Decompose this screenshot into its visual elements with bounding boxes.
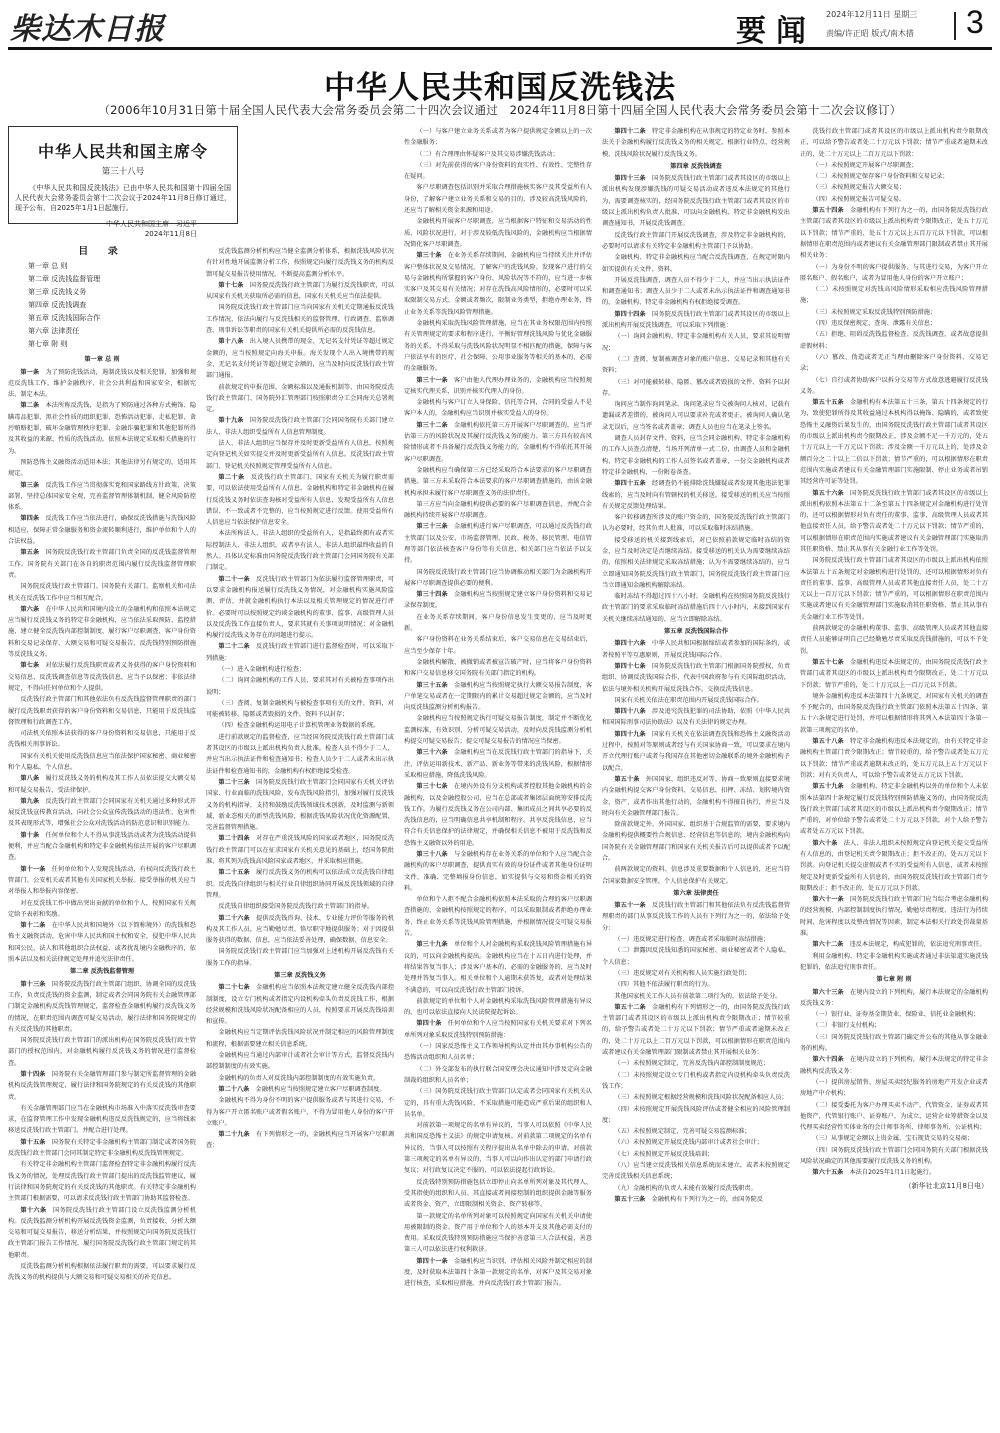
- article-paragraph: 第十条 任何单位和个人不得从事洗钱活动或者为洗钱活动提供便利，并应当配合金融机构…: [8, 830, 196, 864]
- article-paragraph: 临时冻结不得超过四十八小时。金融机构在按照国务院反洗钱行政主管部门的要求采取临时…: [602, 591, 790, 625]
- article-number: 第六十四条: [812, 1056, 850, 1063]
- article-paragraph: 金融机构的负责人对反洗钱内部控制制度的有效实施负责。: [206, 1073, 394, 1084]
- article-paragraph: 第三十二条 金融机构依托第三方开展客户尽职调查的，应当评估第三方的风险状况及其履…: [404, 420, 592, 465]
- article-paragraph: 前款规定的单位和个人对金融机构采取洗钱风险管理措施有异议的，也可以依法直接向人民…: [404, 996, 592, 1019]
- article-number: 第三条: [20, 482, 45, 489]
- article-paragraph: 第六条 在中华人民共和国境内设立的金融机构和依照本法规定应当履行反洗钱义务的特定…: [8, 604, 196, 660]
- article-paragraph: 第十八条 出入境人员携带的现金、无记名支付凭证等超过规定金额的，应当按照规定向海…: [206, 336, 394, 381]
- article-paragraph: 第六十条 法人、非法人组织未按照规定向登记机关提交受益所有人信息的，由登记机关责…: [800, 838, 988, 894]
- article-paragraph: （三）国务院反洗钱行政主管部门认定或者会同国家有关机关认定的，具有重大洗钱风险、…: [404, 1086, 592, 1120]
- article-number: 第三十七条: [416, 783, 454, 790]
- article-paragraph: 第九条 反洗钱行政主管部门会同国家有关机关通过多种形式开展反洗钱宣传教育活动，向…: [8, 796, 196, 830]
- article-paragraph: 金融机构应当按照规定执行可疑交易报告制度，制定并不断优化监测标准，有效识别、分析…: [404, 713, 592, 747]
- article-number: 第五十条: [614, 776, 645, 783]
- column-body: 反洗钱监测分析机构应当健全监测分析体系，根据洗钱风险状况有针对性地开展监测分析工…: [206, 246, 394, 1152]
- article-paragraph: 第五条 国务院反洗钱行政主管部门负责全国的反洗钱监督管理工作。国务院有关部门在各…: [8, 547, 196, 581]
- article-paragraph: 第五十一条 反洗钱行政主管部门和其他依法负有反洗钱监督管理职责的部门从事反洗钱工…: [602, 900, 790, 934]
- article-number: 第五十九条: [812, 783, 850, 790]
- article-paragraph: 境外金融机构违反本法第四十九条规定，对国家有关机关的调查不予配合的，由国务院反洗…: [800, 691, 988, 736]
- article-paragraph: 第四十一条 金融机构应当识别、评估相关风险并制定相应的制度，及时获取本法第四十条…: [404, 1256, 592, 1290]
- article-paragraph: （二）未按照规定对洗钱高风险情形采取相应洗钱风险管理措施；: [800, 284, 988, 307]
- article-paragraph: 第三十三条 金融机构进行客户尽职调查，可以通过反洗钱行政主管部门以及公安、市场监…: [404, 521, 592, 566]
- sign-date: 2024年11月8日: [9, 229, 197, 239]
- article-paragraph: 第二十六条 提供反洗钱咨询、技术、专业能力评价等服务的机构及其工作人员，应当勤勉…: [206, 913, 394, 947]
- article-number: 第十九条: [218, 417, 249, 424]
- article-paragraph: （二）泄露因反洗钱知悉的国家秘密、商业秘密或者个人隐私、个人信息；: [602, 945, 790, 968]
- article-paragraph: （七）未按照规定开展反洗钱培训；: [602, 1149, 790, 1160]
- article-number: 第三十五条: [416, 682, 454, 689]
- toc-item: 第四章 反洗钱调查: [8, 299, 196, 312]
- article-paragraph: 第四十七条 国务院反洗钱行政主管部门根据国务院授权，负责组织、协调反洗钱国际合作…: [602, 661, 790, 695]
- article-paragraph: 第五十四条 金融机构有下列行为之一的，由国务院反洗钱行政主管部门或者其设区的市级…: [800, 205, 988, 261]
- article-number: 第四十七条: [614, 663, 652, 670]
- article-paragraph: 金融机构、特定非金融机构应当配合反洗钱调查，在规定时限内如实提供有关文件、资料。: [602, 252, 790, 275]
- article-paragraph: 第三十八条 与金融机构存在业务关系的单位和个人应当配合金融机构的客户尽职调查，提…: [404, 849, 592, 894]
- article-paragraph: 第四十二条 特定非金融机构在从事规定的特定业务时，参照本法关于金融机构履行反洗钱…: [602, 126, 790, 160]
- article-number: 第五条: [20, 549, 45, 556]
- article-number: 第四十九条: [614, 731, 652, 738]
- article-paragraph: 法人、非法人组织应当保存并及时更新受益所有人信息，按照规定向登记机关如实提交并及…: [206, 438, 394, 472]
- article-number: 第三十四条: [416, 591, 454, 598]
- column-4: 第四十二条 特定非金融机构在从事规定的特定业务时，参照本法关于金融机构履行反洗钱…: [602, 126, 790, 1426]
- article-paragraph: （五）未按照规定制定、完善可疑交易监测标准；: [602, 1126, 790, 1137]
- article-number: 第六十条: [812, 840, 843, 847]
- article-paragraph: 第二十一条 反洗钱行政主管部门为依法履行监督管理职责，可以要求金融机构报送履行反…: [206, 574, 394, 642]
- article-paragraph: 第十六条 国务院反洗钱行政主管部门设立反洗钱监测分析机构。反洗钱监测分析机构开展…: [8, 1205, 196, 1261]
- article-paragraph: （一）为身份不明的客户提供服务、与其进行交易，为客户开立匿名账户、假名账户，或者…: [800, 262, 988, 285]
- article-paragraph: 第六十三条 在境内设立的下列机构，履行本法规定的金融机构反洗钱义务：: [800, 987, 988, 1010]
- toc-item: 第一章 总 则: [8, 260, 196, 273]
- article-paragraph: （三）对先前获得的客户身份资料的真实性、有效性、完整性存在疑问。: [404, 160, 592, 183]
- toc-item: 第三章 反洗钱义务: [8, 286, 196, 299]
- article-paragraph: 第二十条 反洗钱行政主管部门、国家有关机关为履行职责需要，可以依法使用受益所有人…: [206, 472, 394, 528]
- article-paragraph: 第二十二条 反洗钱行政主管部门进行监督检查时，可以采取下列措施：: [206, 641, 394, 664]
- chapter-heading: 第五章 反洗钱国际合作: [602, 626, 790, 637]
- article-paragraph: 其他国家机关工作人员有前款第二项行为的，依法给予处分。: [602, 991, 790, 1002]
- article-paragraph: （四）违反保密规定，查询、泄露有关信息；: [800, 318, 988, 329]
- article-paragraph: 国务院反洗钱行政主管部门的派出机构在国务院反洗钱行政主管部门的授权范围内，对金融…: [8, 1035, 196, 1069]
- article-paragraph: （二）接受委托为客户办理买卖不动产，代管资金、证券或者其他资产，代管银行账户、证…: [800, 1100, 988, 1134]
- article-paragraph: 金融机构解散、被撤销或者被宣告破产时，应当将客户身份资料和客户交易信息移交国务院…: [404, 657, 592, 680]
- law-subtitle: （2006年10月31日第十届全国人民代表大会常务委员会第二十四次会议通过 20…: [0, 102, 1000, 118]
- column-1: 目 录 第一章 总 则第二章 反洗钱监督管理第三章 反洗钱义务第四章 反洗钱调查…: [8, 246, 196, 1426]
- article-paragraph: （四）其他不依法履行职责的行为。: [602, 979, 790, 990]
- article-number: 第六十一条: [812, 896, 850, 903]
- toc-list: 第一章 总 则第二章 反洗钱监督管理第三章 反洗钱义务第四章 反洗钱调查第五章 …: [8, 260, 196, 351]
- article-number: 第四十五条: [614, 480, 652, 487]
- article-paragraph: （一）银行业、证券基金期货业、保险业、信托业金融机构；: [800, 1009, 988, 1020]
- article-paragraph: （三）国务院反洗钱行政主管部门确定并公布的其他从事金融业务的机构。: [800, 1032, 988, 1055]
- article-paragraph: 第三十七条 在境内外设有分支机构或者控股其他金融机构的金融机构，以及金融控股公司…: [404, 781, 592, 849]
- masthead: 柴达木日报 要闻 2024年12月11日 星期三 责编/许正昭 版式/南木措 3: [8, 0, 992, 50]
- article-paragraph: 前款规定的申报范围、金额标准以及通报机制等，由国务院反洗钱行政主管部门、国务院外…: [206, 382, 394, 416]
- article-number: 第五十四条: [812, 207, 850, 214]
- column-body: （一）与客户建立业务关系或者为客户提供规定金额以上的一次性金融服务；（二）有合理…: [404, 126, 592, 1290]
- presidential-order-box: 中华人民共和国主席令 第三十八号 《中华人民共和国反洗钱法》已由中华人民共和国第…: [8, 126, 238, 224]
- news-agency-credit: （新华社北京11月8日电）: [800, 1181, 988, 1192]
- editor-credits: 责编/许正昭 版式/南木措: [826, 28, 914, 39]
- article-paragraph: 金融机构不得为身份不明的客户提供服务或者与其进行交易，不得为客户开立匿名账户或者…: [206, 1095, 394, 1129]
- order-text: 《中华人民共和国反洗钱法》已由中华人民共和国第十四届全国人民代表大会常务委员会第…: [15, 183, 231, 213]
- signer: 中华人民共和国主席 习近平: [9, 219, 197, 229]
- article-paragraph: 询问应当制作询问笔录。询问笔录应当交被询问人核对。记载有遗漏或者差错的，被询问人…: [602, 399, 790, 433]
- article-number: 第二十四条: [218, 835, 256, 842]
- article-paragraph: 金融机构开展客户尽职调查，应当根据客户特征和交易活动的性质、风险状况进行，对于涉…: [404, 216, 592, 250]
- article-paragraph: 第三十四条 金融机构应当按照规定建立客户身份资料和交易记录保存制度。: [404, 589, 592, 612]
- issue-date: 2024年12月11日 星期三: [826, 9, 917, 20]
- article-number: 第二十九条: [218, 1131, 256, 1138]
- article-number: 第二十五条: [218, 869, 256, 876]
- article-paragraph: （一）询问金融机构、特定非金融机构有关人员，要求其说明情况；: [602, 331, 790, 354]
- article-number: 第六十三条: [812, 989, 850, 996]
- article-paragraph: （一）违反规定进行检查、调查或者采取临时冻结措施；: [602, 934, 790, 945]
- article-paragraph: 第三十条 在业务关系存续期间，金融机构应当持续关注并评估客户整体状况及交易情况，…: [404, 250, 592, 318]
- article-number: 第五十三条: [614, 1196, 651, 1203]
- article-paragraph: （二）有合理理由怀疑客户及其交易涉嫌洗钱活动；: [404, 149, 592, 160]
- toc-item: 第七章 附 则: [8, 338, 196, 351]
- article-paragraph: 第十四条 国务院有关金融管理部门参与制定所监督管理的金融机构反洗钱管理规定，履行…: [8, 1069, 196, 1103]
- article-number: 第四十六条: [614, 640, 652, 647]
- article-paragraph: 第三方应当向金融机构提供必要的客户尽职调查信息，并配合金融机构持续开展客户尽职调…: [404, 499, 592, 522]
- article-paragraph: 国务院反洗钱行政主管部门、国务院有关部门、监察机关和司法机关在反洗钱工作中应当相…: [8, 581, 196, 604]
- article-paragraph: 第三十一条 客户由他人代理办理业务的，金融机构应当按照规定核实代理关系，识别并核…: [404, 375, 592, 398]
- article-paragraph: 金融机构与客户订立人身保险、信托等合同，合同的受益人不是客户本人的，金融机构应当…: [404, 397, 592, 420]
- article-paragraph: 国家有关机关使用反洗钱信息应当依法保护国家秘密、商业秘密和个人隐私、个人信息。: [8, 751, 196, 774]
- article-paragraph: 第五十二条 金融机构有下列情形之一的，由国务院反洗钱行政主管部门或者其设区的市级…: [602, 1002, 790, 1058]
- article-paragraph: 第十二条 在中华人民共和国境外（以下简称境外）的洗钱和恐怖主义融资活动，危害中华…: [8, 920, 196, 965]
- article-number: 第四条: [20, 515, 45, 522]
- article-paragraph: （八）应当建立反洗钱相关信息系统而未建立，或者未按照规定完善反洗钱相关信息系统；: [602, 1160, 790, 1183]
- article-paragraph: 第三十五条 金融机构应当按照规定执行大额交易报告制度，客户单笔交易或者在一定期限…: [404, 680, 592, 714]
- article-number: 第七条: [20, 662, 45, 669]
- article-paragraph: 前两款规定的资料、信息涉及重要数据和个人信息的，还应当符合国家数据安全管理、个人…: [602, 864, 790, 887]
- article-paragraph: 第十三条 国务院反洗钱行政主管部门组织、协调全国的反洗钱工作，负责反洗钱的资金监…: [8, 979, 196, 1035]
- article-number: 第三十三条: [416, 523, 454, 530]
- article-number: 第二十七条: [218, 984, 256, 991]
- article-number: 第十六条: [20, 1207, 53, 1214]
- article-paragraph: （一）未按照规定开展客户尽职调查；: [800, 160, 988, 171]
- article-paragraph: 第二十四条 对存在严重洗钱风险的国家或者地区，国务院反洗钱行政主管部门可以在征求…: [206, 833, 394, 867]
- article-paragraph: （五）拒绝、阻碍反洗钱监督检查、反洗钱调查，或者故意提供虚假材料；: [800, 329, 988, 352]
- chapter-heading: 第二章 反洗钱监督管理: [8, 966, 196, 977]
- article-paragraph: （九）金融机构的负责人未能有效履行反洗钱职责。: [602, 1183, 790, 1194]
- column-5: 洗钱行政主管部门或者其设区的市级以上派出机构责令限期改正，可以给予警告或者处二十…: [800, 126, 988, 1426]
- article-paragraph: （二）询问金融机构的工作人员，要求其对有关被检查事项作出说明；: [206, 675, 394, 698]
- article-paragraph: 第二条 本法所称反洗钱，是指为了预防通过各种方式掩饰、隐瞒毒品犯罪、黑社会性质的…: [8, 400, 196, 456]
- article-paragraph: 客户尽职调查包括识别并采取合理措施核实客户及其受益所有人身份，了解客户建立业务关…: [404, 182, 592, 216]
- chapter-heading: 第一章 总 则: [8, 354, 196, 365]
- article-paragraph: 第三十六条 金融机构应当在反洗钱行政主管部门的指导下，关注、评估运用新技术、新产…: [404, 747, 592, 781]
- article-paragraph: 客户身份资料在业务关系结束后、客户交易信息在交易结束后，应当至少保存十年。: [404, 634, 592, 657]
- article-paragraph: 第六十四条 在境内设立的下列机构，履行本法规定的特定非金融机构反洗钱义务：: [800, 1054, 988, 1077]
- article-paragraph: 对在反洗钱工作中做出突出贡献的单位和个人，按照国家有关规定给予表彰和奖励。: [8, 898, 196, 921]
- article-paragraph: 利用金融机构、特定非金融机构实施或者通过非法渠道实施洗钱犯罪的，依法追究刑事责任…: [800, 951, 988, 974]
- article-paragraph: 开展反洗钱调查，调查人员不得少于二人，并应当出示执法证件和调查通知书；调查人员少…: [602, 275, 790, 309]
- article-number: 第二十八条: [218, 1086, 255, 1093]
- article-paragraph: 司法机关依照本法获得的客户身份资料和交易信息，只能用于反洗钱相关刑事诉讼。: [8, 728, 196, 751]
- article-paragraph: 第三条 反洗钱工作应当贯彻落实党和国家路线方针政策、决策部署，坚持总体国家安全观…: [8, 480, 196, 514]
- chapter-heading: 第七章 附 则: [800, 974, 988, 985]
- article-paragraph: （三）违反规定对有关机构和人员实施行政处罚；: [602, 968, 790, 979]
- law-title: 中华人民共和国反洗钱法: [0, 62, 1000, 107]
- column-body: 第一章 总 则第一条 为了预防洗钱活动，遏制洗钱以及相关犯罪，加强和规范反洗钱工…: [8, 354, 196, 1283]
- article-paragraph: 第五十九条 金融机构、特定非金融机构以外的单位和个人未依照本法第四十条规定履行反…: [800, 781, 988, 837]
- article-number: 第五十二条: [614, 1004, 652, 1011]
- article-number: 第二十条: [218, 474, 251, 481]
- article-paragraph: （三）对可能被转移、隐匿、篡改或者毁损的文件、资料予以封存。: [602, 377, 790, 400]
- article-number: 第四十二条: [614, 128, 652, 135]
- article-number: 第五十五条: [812, 399, 850, 406]
- article-number: 第三十八条: [416, 851, 454, 858]
- article-paragraph: 反洗钱行政主管部门和其他依法负有反洗钱监督管理职责的部门履行反洗钱职责获得的客户…: [8, 694, 196, 728]
- article-paragraph: （四）未按照规定开展洗钱风险评估或者健全相应的风险管理制度；: [602, 1104, 790, 1127]
- chapter-heading: 第四章 反洗钱调查: [602, 161, 790, 172]
- article-number: 第六条: [20, 606, 45, 613]
- article-number: 第六十五条: [812, 1169, 849, 1176]
- article-number: 第十五条: [20, 1139, 51, 1146]
- article-paragraph: 第十一条 任何单位和个人发现洗钱活动，有权向反洗钱行政主管部门、公安机关或者其他…: [8, 864, 196, 898]
- article-paragraph: 除前款规定外，外国国家、组织基于合规监管的需要，要求境内金融机构提供概要性合规信…: [602, 819, 790, 864]
- article-paragraph: （二）未按照规定保存客户身份资料和交易记录；: [800, 171, 988, 182]
- article-number: 第三十二条: [416, 422, 454, 429]
- article-paragraph: 第四十六条 中华人民共和国根据缔结或者参加的国际条约，或者按照平等互惠原则，开展…: [602, 638, 790, 661]
- article-paragraph: （二）未按照规定设立专门机构或者指定内设机构牵头负责反洗钱工作；: [602, 1070, 790, 1093]
- article-number: 第四十四条: [614, 311, 652, 318]
- article-number: 第四十八条: [614, 708, 652, 715]
- page-number: 3: [966, 4, 984, 41]
- article-paragraph: 第八条 履行反洗钱义务的机构及其工作人员依法提交大额交易和可疑交易报告，受法律保…: [8, 773, 196, 796]
- divider: [954, 12, 956, 40]
- article-number: 第十四条: [20, 1071, 51, 1078]
- article-number: 第五十八条: [812, 738, 850, 745]
- article-number: 第二十一条: [218, 576, 256, 583]
- article-number: 第四十条: [416, 1020, 447, 1027]
- article-paragraph: 反洗钱监测分析机构根据依法履行职责的需要，可以要求履行反洗钱义务的机构提供与大额…: [8, 1261, 196, 1284]
- article-paragraph: 第二十九条 有下列情形之一的，金融机构应当开展客户尽职调查：: [206, 1129, 394, 1152]
- chapter-heading: 第六章 法律责任: [602, 888, 790, 899]
- article-paragraph: 反洗钱行政主管部门开展反洗钱调查，涉及特定非金融机构的，必要时可以请求有关特定非…: [602, 230, 790, 253]
- article-paragraph: 反洗钱自律组织接受国务院反洗钱行政主管部门的指导。: [206, 901, 394, 912]
- article-paragraph: （三）未按照规定采取反洗钱特别预防措施；: [800, 307, 988, 318]
- article-paragraph: （四）检查金融机构运用电子计算机管理业务数据的系统。: [206, 720, 394, 731]
- table-of-contents: 目 录 第一章 总 则第二章 反洗钱监督管理第三章 反洗钱义务第四章 反洗钱调查…: [8, 246, 196, 351]
- article-number: 第八条: [20, 775, 45, 782]
- article-paragraph: 第六十一条 国务院反洗钱行政主管部门应当综合考虑金融机构的经营规模、内部控制制度…: [800, 894, 988, 939]
- article-paragraph: （一）国家反恐怖主义工作领导机构认定并由其办事机构公告的恐怖活动组织和人员名单；: [404, 1041, 592, 1064]
- article-paragraph: 金融机构采取洗钱风险管理措施，应当在其业务权限范围内按照有关管理规定的要求和程序…: [404, 318, 592, 374]
- order-signer: 中华人民共和国主席 习近平 2024年11月8日: [9, 219, 197, 239]
- article-number: 第九条: [20, 798, 45, 805]
- article-paragraph: 第二十三条 国务院反洗钱行政主管部门会同国家有关机关评估国家、行业面临的洗钱风险…: [206, 777, 394, 833]
- article-paragraph: 第三十九条 单位和个人对金融机构采取洗钱风险管理措施有异议的，可以向金融机构提出…: [404, 939, 592, 995]
- article-paragraph: 进行前款规定的监督检查，应当经国务院反洗钱行政主管部门或者其设区的市级以上派出机…: [206, 732, 394, 777]
- article-paragraph: 第二十七条 金融机构应当依照本法规定建立健全反洗钱内部控制制度，设立专门机构或者…: [206, 982, 394, 1027]
- article-paragraph: 洗钱行政主管部门或者其设区的市级以上派出机构责令限期改正，可以给予警告或者处二十…: [800, 126, 988, 160]
- article-paragraph: 第六十二条 违反本法规定，构成犯罪的，依法追究刑事责任。: [800, 939, 988, 950]
- article-number: 第十七条: [218, 282, 249, 289]
- article-paragraph: （六）未按照规定开展反洗钱内部审计或者社会审计；: [602, 1137, 790, 1148]
- article-paragraph: 第一条 为了预防洗钱活动，遏制洗钱以及相关犯罪，加强和规范反洗钱工作，维护金融秩…: [8, 367, 196, 401]
- article-number: 第三十条: [416, 252, 447, 259]
- article-paragraph: （二）非银行支付机构；: [800, 1020, 988, 1031]
- article-paragraph: 第六十五条 本法自2025年1月1日起施行。: [800, 1167, 988, 1178]
- article-paragraph: 第五十条 外国国家、组织违反对等、协商一致原则直接要求境内金融机构提交客户身份资…: [602, 774, 790, 819]
- column-body: 洗钱行政主管部门或者其设区的市级以上派出机构责令限期改正，可以给予警告或者处二十…: [800, 126, 988, 1179]
- toc-item: 第五章 反洗钱国际合作: [8, 312, 196, 325]
- article-number: 第二十三条: [218, 779, 256, 786]
- article-paragraph: 反洗钱特别预防措施包括立即停止向名单所列对象及其代理人、受其指使的组织和人员、其…: [404, 1177, 592, 1211]
- article-paragraph: 接受移送的机关接到线索后，对已依照前款规定临时冻结的资金，应当及时决定是否继续冻…: [602, 535, 790, 591]
- article-number: 第二十二条: [218, 643, 256, 650]
- article-number: 第二条: [20, 402, 45, 409]
- article-paragraph: 在业务关系存续期间，客户身份信息发生变更的，应当及时更新。: [404, 612, 592, 635]
- article-paragraph: 第十五条 国务院有关特定非金融机构主管部门制定或者国务院反洗钱行政主管部门会同其…: [8, 1137, 196, 1160]
- article-number: 第十一条: [20, 866, 51, 873]
- article-paragraph: 金融机构应当通过内部审计或者社会审计等方式，监督反洗钱内部控制制度的有效实施。: [206, 1050, 394, 1073]
- article-paragraph: （一）未按照规定制定、完善反洗钱内部控制制度规范；: [602, 1058, 790, 1069]
- article-paragraph: （四）未按照规定报告可疑交易。: [800, 194, 988, 205]
- article-number: 第三十六条: [416, 749, 454, 756]
- column-body: 第四十二条 特定非金融机构在从事规定的特定业务时，参照本法关于金融机构履行反洗钱…: [602, 126, 790, 1205]
- article-number: 第三十一条: [416, 377, 454, 384]
- article-paragraph: 金融机构应当定期评估洗钱风险状况并制定相应的风险管理制度和流程，根据需要建立相关…: [206, 1027, 394, 1050]
- article-paragraph: 第五十七条 金融机构违反本法规定的，由国务院反洗钱行政主管部门或者其设区的市级以…: [800, 657, 988, 691]
- article-paragraph: 第四十八条 涉及追究洗钱犯罪的司法协助，依照《中华人民共和国国际刑事司法协助法》…: [602, 706, 790, 729]
- article-paragraph: 第二十五条 履行反洗钱义务的机构可以依法成立反洗钱自律组织。反洗钱自律组织与相关…: [206, 867, 394, 901]
- article-paragraph: 第二十八条 金融机构应当按照规定建立客户尽职调查制度。: [206, 1084, 394, 1095]
- order-title: 中华人民共和国主席令: [9, 139, 237, 162]
- article-paragraph: 第四十条 任何单位和个人应当按照国家有关机关要求对下列名单所列对象采取反洗钱特别…: [404, 1018, 592, 1041]
- article-number: 第十三条: [20, 981, 51, 988]
- article-number: 第五十一条: [614, 902, 652, 909]
- article-number: 第四十一条: [416, 1258, 454, 1265]
- article-paragraph: 单位和个人拒不配合金融机构依照本法采取的合理的客户尽职调查措施的，金融机构按照规…: [404, 894, 592, 939]
- article-paragraph: 第十九条 国务院反洗钱行政主管部门会同国务院有关部门建立法人、非法人组织受益所有…: [206, 415, 394, 438]
- article-paragraph: 有关特定非金融机构主管部门监督检查特定非金融机构履行反洗钱义务的情况，处理反洗钱…: [8, 1159, 196, 1204]
- article-paragraph: 调查人员封存文件、资料，应当会同金融机构、特定非金融机构的工作人员查点清楚，当场…: [602, 433, 790, 478]
- article-paragraph: （三）从事规定金额以上贵金属、宝石现货交易的交易商；: [800, 1133, 988, 1144]
- article-paragraph: 第一款规定的名单所列对象可以按照规定向国家有关机关申请使用被限制的资金、资产用于…: [404, 1211, 592, 1256]
- toc-item: 第二章 反洗钱监督管理: [8, 273, 196, 286]
- toc-item: 第六章 法律责任: [8, 325, 196, 338]
- article-paragraph: 第四条 反洗钱工作应当依法进行，确保反洗钱措施与洗钱风险相适应，保障正常金融服务…: [8, 513, 196, 547]
- article-paragraph: 第五十八条 特定非金融机构违反本法规定的，由有关特定非金融机构主管部门责令限期改…: [800, 736, 988, 781]
- article-paragraph: （三）查阅、复制金融机构与被检查事项有关的文件、资料，对可能被转移、隐匿或者毁损…: [206, 698, 394, 721]
- article-paragraph: 第四十三条 国务院反洗钱行政主管部门或者其设区的市级以上派出机构发现涉嫌洗钱的可…: [602, 173, 790, 229]
- article-paragraph: 第四十五条 经调查仍不能排除洗钱嫌疑或者发现其他违法犯罪线索的，应当及时向有管辖…: [602, 478, 790, 512]
- article-paragraph: 国务院反洗钱行政主管部门应当加强对上述机构开展反洗钱有关服务工作的指导。: [206, 946, 394, 969]
- article-paragraph: （一）提供房屋销售、房屋买卖经纪服务的房地产开发企业或者房地产中介机构；: [800, 1077, 988, 1100]
- article-paragraph: 第五十三条 金融机构有下列行为之一的，由国务院反: [602, 1194, 790, 1205]
- article-paragraph: （三）未按照规定报告大额交易；: [800, 182, 988, 193]
- article-number: 第四十三条: [614, 175, 652, 182]
- article-paragraph: （七）自行或者协助客户以拆分交易等方式故意逃避履行反洗钱义务。: [800, 375, 988, 398]
- article-paragraph: （二）查阅、复制被调查对象的账户信息、交易记录和其他有关资料；: [602, 354, 790, 377]
- article-paragraph: （三）未按照规定根据经营规模和洗钱风险状况配备相应人员；: [602, 1092, 790, 1103]
- article-paragraph: 国务院反洗钱行政主管部门应当协调推动相关部门为金融机构开展客户尽职调查提供必要的…: [404, 567, 592, 590]
- article-paragraph: 第四十四条 国务院反洗钱行政主管部门或者其设区的市级以上派出机构开展反洗钱调查，…: [602, 309, 790, 332]
- article-paragraph: 本法所称法人、非法人组织的受益所有人，是指最终拥有或者实际控制法人、非法人组织，…: [206, 528, 394, 573]
- article-paragraph: 第四十九条 国家有关机关在依法调查洗钱和恐怖主义融资活动过程中，按照对等原则或者…: [602, 729, 790, 774]
- article-paragraph: 反洗钱监测分析机构应当健全监测分析体系，根据洗钱风险状况有针对性地开展监测分析工…: [206, 246, 394, 280]
- article-paragraph: 国务院反洗钱行政主管部门或者其设区的市级以上派出机构依照本法第五十五条规定对金融…: [800, 555, 988, 623]
- article-paragraph: 对前款第一项规定的名单有异议的，当事人可以依照《中华人民共和国反恐怖主义法》的规…: [404, 1120, 592, 1176]
- order-number: 第三十八号: [9, 165, 237, 177]
- article-number: 第三十九条: [416, 941, 454, 948]
- article-paragraph: 前两款规定的金融机构董事、监事、高级管理人员或者其他直接责任人员能够证明自己已经…: [800, 623, 988, 657]
- article-number: 第一条: [20, 369, 45, 376]
- newspaper-logo: 柴达木日报: [10, 4, 165, 48]
- article-paragraph: 国家有关机关依法在职责范围内开展反洗钱国际合作。: [602, 695, 790, 706]
- column-3: （一）与客户建立业务关系或者为客户提供规定金额以上的一次性金融服务；（二）有合理…: [404, 126, 592, 1426]
- article-paragraph: 国务院反洗钱行政主管部门应当向国家有关机关定期通报反洗钱工作情况，依法向履行与反…: [206, 302, 394, 336]
- article-number: 第十八条: [218, 338, 249, 345]
- article-paragraph: 第十七条 国务院反洗钱行政主管部门为履行反洗钱职责，可以从国家有关机关获取所必需…: [206, 280, 394, 303]
- article-paragraph: 客户转移调查所涉及的账户资金的，国务院反洗钱行政主管部门认为必要时，经其负责人批…: [602, 512, 790, 535]
- section-title: 要闻: [736, 6, 816, 50]
- article-number: 第十二条: [20, 922, 51, 929]
- article-number: 第六十二条: [812, 941, 849, 948]
- toc-title: 目 录: [8, 246, 196, 257]
- article-number: 第五十七条: [812, 659, 850, 666]
- article-paragraph: 第五十六条 国务院反洗钱行政主管部门或者其设区的市级以上派出机构依照本法第五十二…: [800, 488, 988, 556]
- article-paragraph: （一）进入金融机构进行检查；: [206, 664, 394, 675]
- article-paragraph: （四）国务院反洗钱行政主管部门会同国务院有关部门根据洗钱风险状况确定的其他需要履…: [800, 1145, 988, 1168]
- article-number: 第十条: [20, 832, 45, 839]
- article-number: 第二十六条: [218, 915, 256, 922]
- column-2: 反洗钱监测分析机构应当健全监测分析体系，根据洗钱风险状况有针对性地开展监测分析工…: [206, 246, 394, 1426]
- article-paragraph: 有关金融管理部门应当在金融机构市场准入中落实反洗钱审查要求，在监督管理工作中发现…: [8, 1103, 196, 1137]
- article-paragraph: （一）与客户建立业务关系或者为客户提供规定金额以上的一次性金融服务；: [404, 126, 592, 149]
- article-paragraph: （六）篡改、伪造或者无正当理由删除客户身份资料、交易记录；: [800, 352, 988, 375]
- chapter-heading: 第三章 反洗钱义务: [206, 970, 394, 981]
- article-paragraph: 金融机构应当确保第三方已经采取符合本法要求的客户尽职调查措施。第三方未采取符合本…: [404, 465, 592, 499]
- article-paragraph: 预防恐怖主义融资活动适用本法；其他法律另有规定的，适用其规定。: [8, 457, 196, 480]
- article-paragraph: 第七条 对依法履行反洗钱职责或者义务获得的客户身份资料和交易信息、反洗钱调查信息…: [8, 660, 196, 694]
- article-number: 第五十六条: [812, 490, 850, 497]
- article-paragraph: 第五十五条 金融机构有本法第五十三条、第五十四条规定的行为，致使犯罪所得及其收益…: [800, 397, 988, 487]
- article-paragraph: （二）外交部发布的执行联合国安理会决议通知中涉及定向金融制裁的组织和人员名单；: [404, 1064, 592, 1087]
